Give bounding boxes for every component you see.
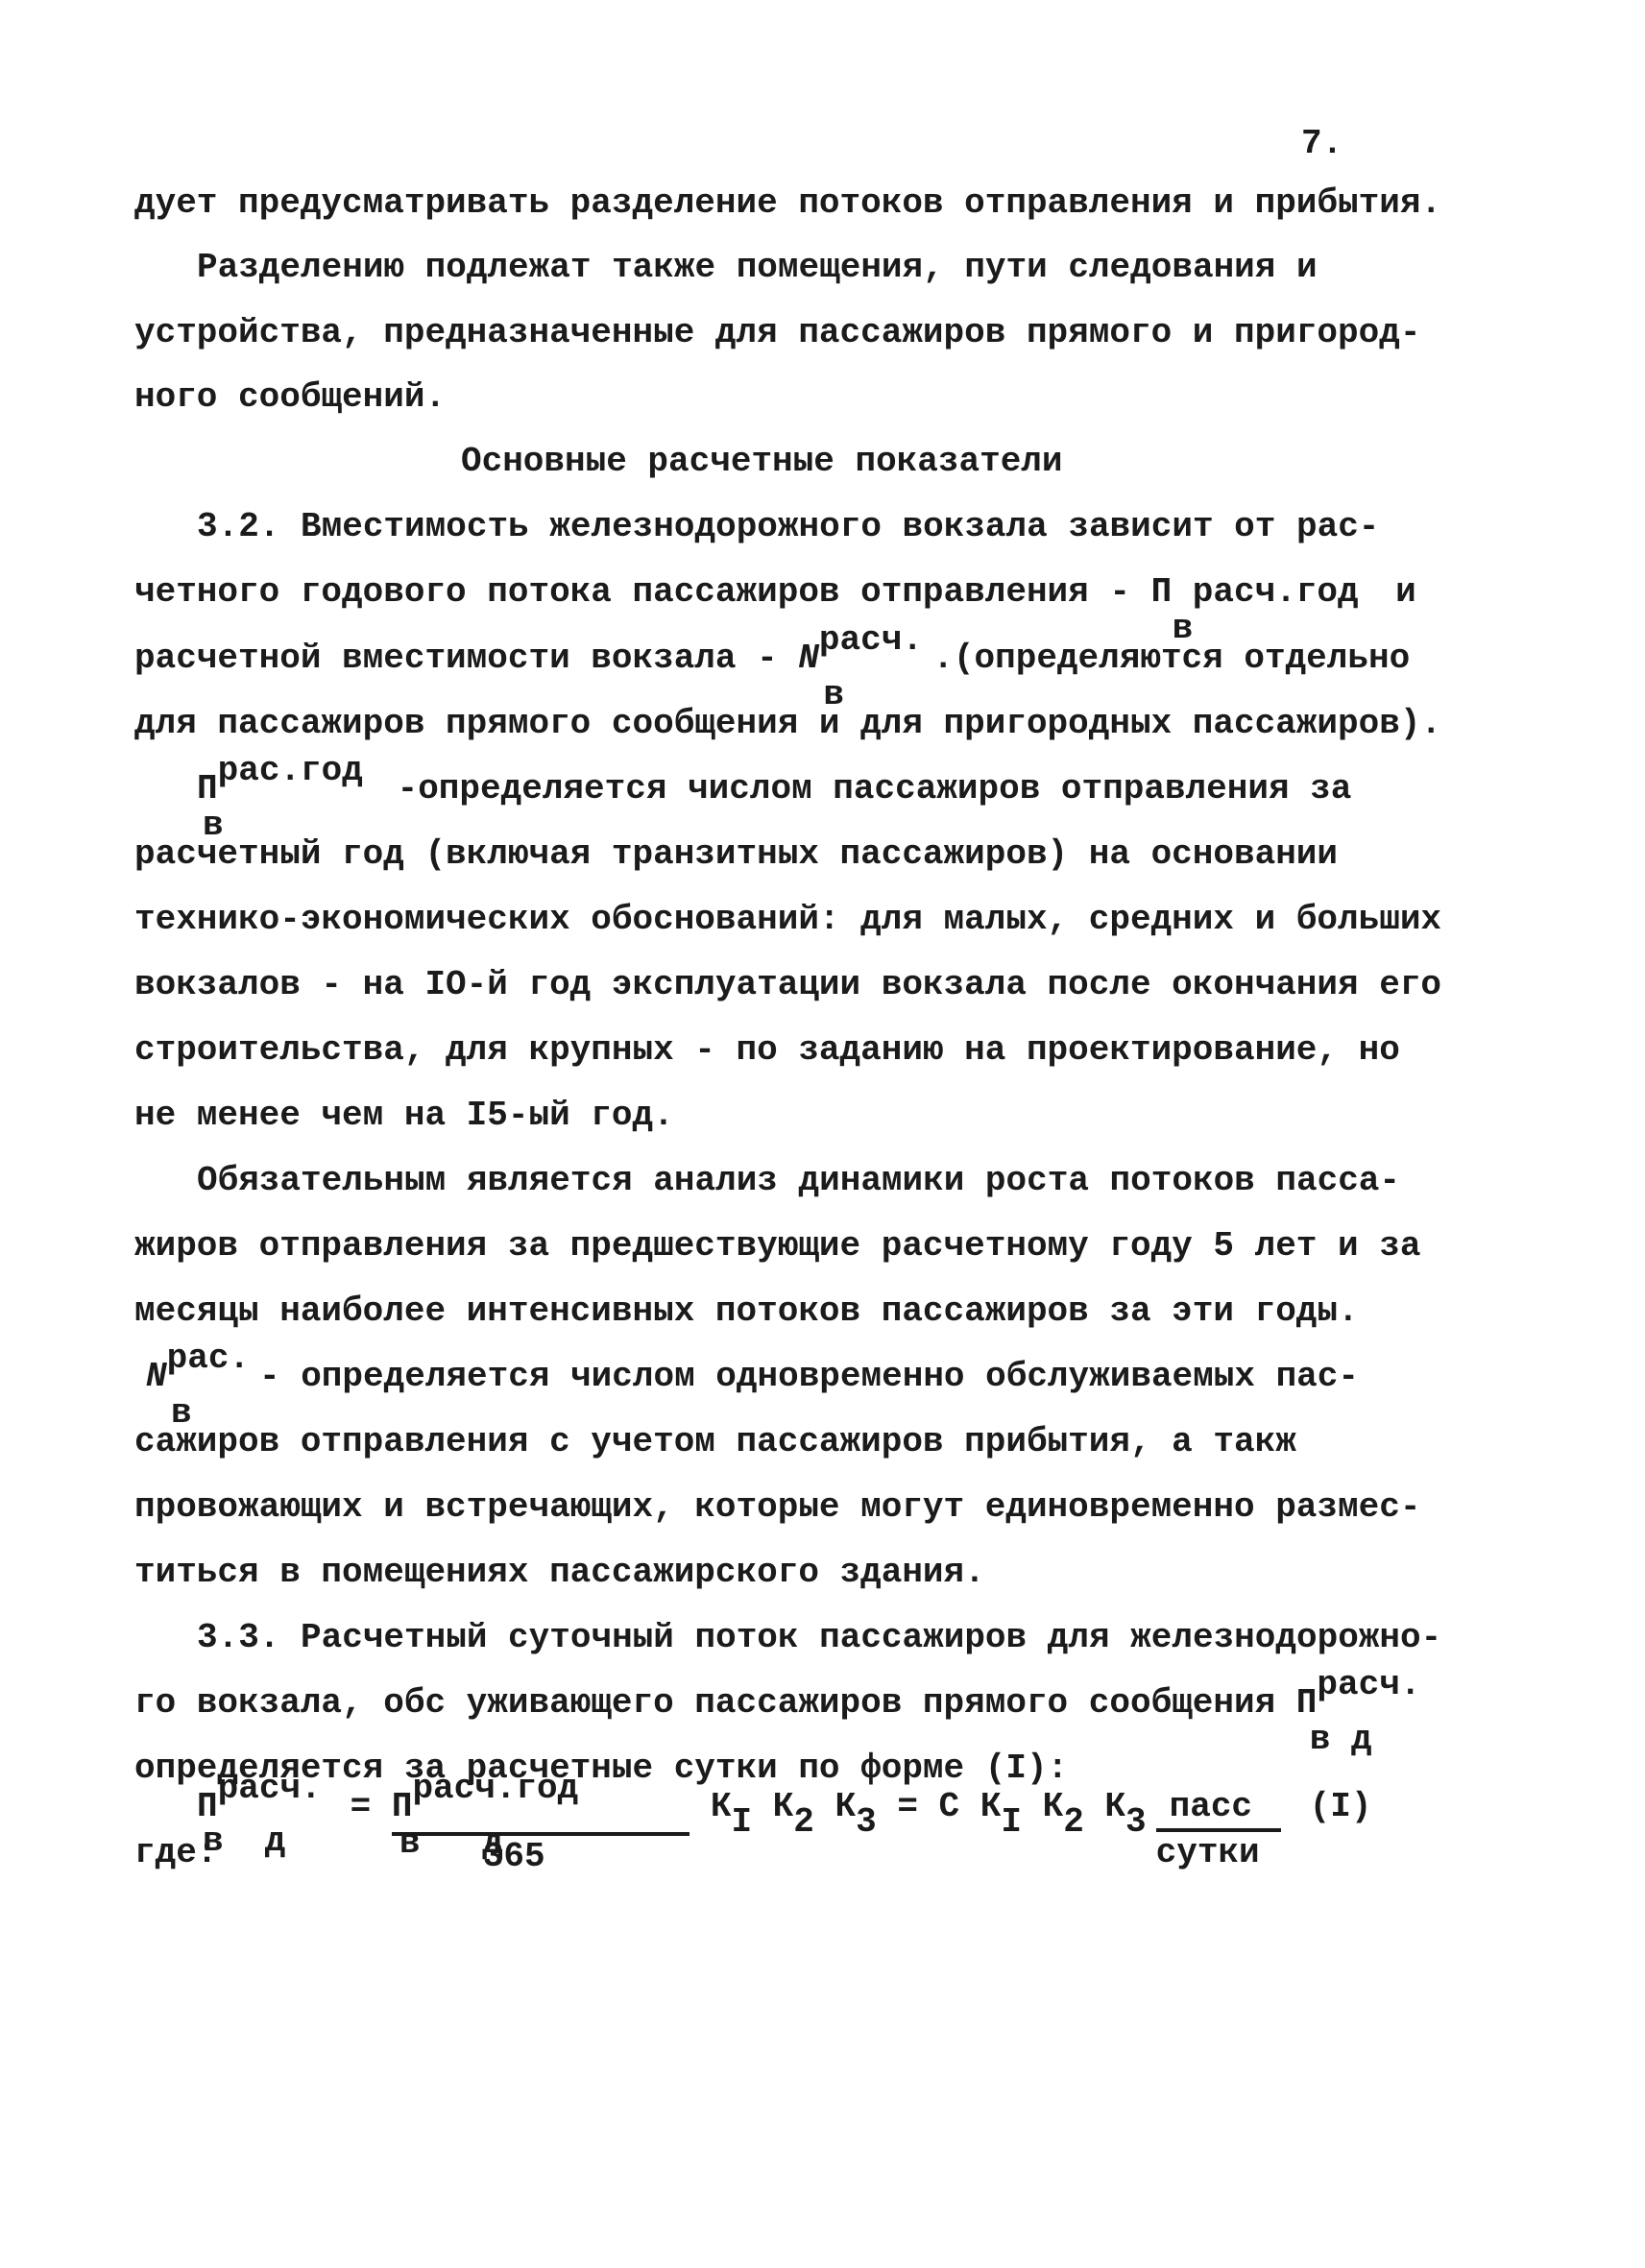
math-base: П bbox=[197, 769, 218, 808]
math-daily-flow-symbol: Прасч.в д bbox=[1296, 1684, 1431, 1723]
math-base: К bbox=[711, 1787, 732, 1826]
coefficient-c: С bbox=[939, 1787, 960, 1826]
coefficient-k3: К3 bbox=[835, 1788, 876, 1826]
equals-sign: = bbox=[897, 1787, 918, 1826]
body-line: Nрас.в- определяется числом одновременно… bbox=[146, 1358, 1359, 1396]
math-base: П bbox=[197, 1787, 218, 1826]
body-line: строительства, для крупных - по заданию … bbox=[134, 1031, 1400, 1070]
unit-denominator: сутки bbox=[1156, 1834, 1281, 1872]
math-base: П расч.год bbox=[1151, 572, 1359, 612]
body-line: дует предусматривать разделение потоков … bbox=[134, 184, 1441, 223]
formula-label: (I) bbox=[1310, 1787, 1372, 1826]
text-run: го вокзала, обс уживающего пассажиров пр… bbox=[134, 1683, 1296, 1723]
math-subscript: I bbox=[731, 1802, 752, 1842]
unit-numerator: пасс bbox=[1156, 1788, 1281, 1826]
math-subscript: 2 bbox=[793, 1802, 814, 1842]
math-annual-flow-symbol: Прас.годв bbox=[197, 770, 376, 808]
math-subscript: 3 bbox=[1125, 1802, 1147, 1842]
formula-where-label: где: bbox=[134, 1834, 217, 1872]
math-base: К bbox=[773, 1787, 794, 1826]
math-base: П bbox=[1296, 1683, 1318, 1723]
body-line: вокзалов - на IО-й год эксплуатации вокз… bbox=[134, 966, 1441, 1004]
body-line: не менее чем на I5-ый год. bbox=[134, 1097, 674, 1135]
math-superscript: расч. bbox=[1317, 1665, 1420, 1704]
body-line: расчетной вместимости вокзала - Nрасч.в.… bbox=[134, 639, 1410, 678]
math-superscript: расч. bbox=[819, 620, 923, 660]
math-daily-flow-symbol: Прасч.в д bbox=[197, 1788, 329, 1826]
text-run: расчетной вместимости вокзала - bbox=[134, 639, 798, 678]
math-superscript: рас.год bbox=[218, 751, 363, 790]
coefficient-k2: К2 bbox=[1043, 1788, 1084, 1826]
math-capacity-symbol: Nрасч.в bbox=[798, 639, 932, 678]
math-base: N bbox=[798, 639, 819, 678]
body-line: для пассажиров прямого сообщения и для п… bbox=[134, 705, 1441, 743]
math-subscript: 2 bbox=[1063, 1802, 1084, 1842]
coefficient-k1: КI bbox=[980, 1788, 1022, 1826]
math-base: П bbox=[392, 1787, 413, 1826]
math-annual-flow-symbol: Прасч.годв д bbox=[392, 1788, 613, 1826]
math-subscript: 3 bbox=[856, 1802, 877, 1842]
math-base: К bbox=[835, 1787, 856, 1826]
body-line: технико-экономических обоснований: для м… bbox=[134, 901, 1441, 939]
math-base: К bbox=[1104, 1787, 1125, 1826]
text-run: -определяется числом пассажиров отправле… bbox=[376, 769, 1351, 808]
body-line: сажиров отправления с учетом пассажиров … bbox=[134, 1423, 1296, 1461]
body-line: четного годового потока пассажиров отпра… bbox=[134, 573, 1416, 612]
coefficient-k2: К2 bbox=[773, 1788, 814, 1826]
document-page: 7. дует предусматривать разделение поток… bbox=[0, 0, 1645, 2268]
body-line: 3.2. Вместимость железнодорожного вокзал… bbox=[197, 508, 1379, 546]
equals-sign: = bbox=[351, 1787, 372, 1826]
math-superscript: рас. bbox=[167, 1339, 250, 1378]
math-superscript: расч. bbox=[218, 1769, 322, 1808]
coefficient-k3: К3 bbox=[1104, 1788, 1146, 1826]
math-base: К bbox=[980, 1787, 1002, 1826]
math-base: К bbox=[1043, 1787, 1064, 1826]
unit-fraction: пасссутки bbox=[1156, 1788, 1281, 1872]
page-number: 7. bbox=[1301, 125, 1343, 163]
body-line: жиров отправления за предшествующие расч… bbox=[134, 1227, 1420, 1266]
text-run: - определяется числом одновременно обслу… bbox=[259, 1357, 1359, 1396]
body-line: титься в помещениях пассажирского здания… bbox=[134, 1554, 985, 1592]
body-line: провожающих и встречающих, которые могут… bbox=[134, 1488, 1420, 1527]
text-run: и bbox=[1375, 572, 1416, 612]
math-subscript: в д bbox=[1310, 1721, 1372, 1759]
math-annual-flow-symbol: П расч.годв bbox=[1151, 573, 1375, 612]
body-line: устройства, предназначенные для пассажир… bbox=[134, 314, 1420, 352]
body-line: го вокзала, обс уживающего пассажиров пр… bbox=[134, 1684, 1431, 1723]
math-base: N bbox=[146, 1357, 167, 1396]
fraction-bar bbox=[1156, 1828, 1281, 1832]
math-capacity-symbol: Nрас.в bbox=[146, 1358, 259, 1396]
math-subscript: I bbox=[1001, 1802, 1022, 1842]
text-run: .(определяются отдельно bbox=[932, 639, 1410, 678]
body-line: расчетный год (включая транзитных пассаж… bbox=[134, 835, 1338, 874]
body-line: Прас.годв -определяется числом пассажиро… bbox=[197, 770, 1351, 808]
math-subscript: в д bbox=[399, 1824, 503, 1863]
formula-line: Прасч.в д = Прасч.годв д365КI К2 К3 = С … bbox=[197, 1788, 1371, 1876]
math-superscript: расч.год bbox=[412, 1769, 578, 1808]
body-line: месяцы наиболее интенсивных потоков пасс… bbox=[134, 1292, 1359, 1331]
formula-fraction: Прасч.годв д365 bbox=[392, 1788, 689, 1876]
section-heading: Основные расчетные показатели bbox=[461, 443, 1063, 481]
coefficient-k1: КI bbox=[711, 1788, 752, 1826]
body-line: ного сообщений. bbox=[134, 378, 446, 417]
body-line: Обязательным является анализ динамики ро… bbox=[197, 1162, 1400, 1200]
body-line: Разделению подлежат также помещения, пут… bbox=[197, 249, 1318, 287]
text-run: четного годового потока пассажиров отпра… bbox=[134, 572, 1151, 612]
body-line: 3.3. Расчетный суточный поток пассажиров… bbox=[197, 1619, 1441, 1657]
